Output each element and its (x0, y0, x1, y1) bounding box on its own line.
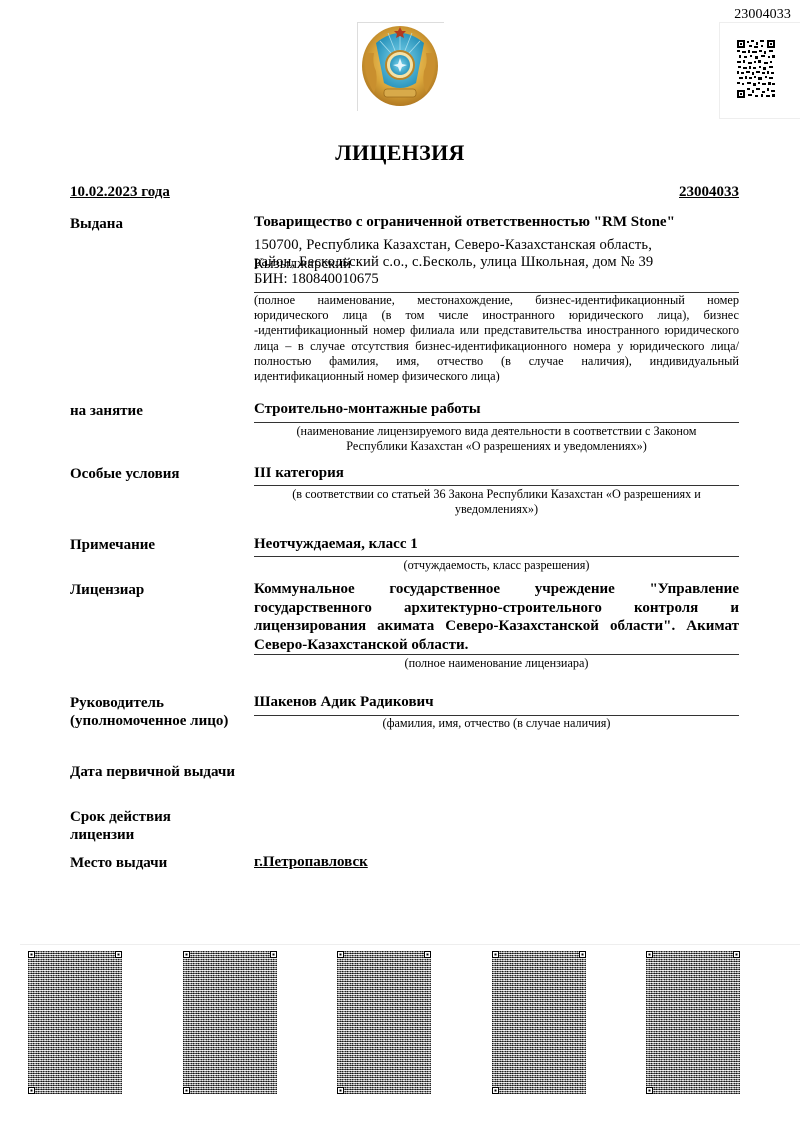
head-note: (фамилия, имя, отчество (в случае наличи… (254, 716, 739, 732)
head-label-line2: (уполномоченное лицо) (70, 712, 228, 730)
remark-note: (отчуждаемость, класс разрешения) (254, 558, 739, 574)
issue-date: 10.02.2023 года (70, 184, 170, 201)
footer-divider (20, 944, 800, 945)
licensor-value: Коммунальное государственное учреждение … (254, 580, 739, 654)
remark-value: Неотчуждаемая, класс 1 (254, 535, 739, 554)
head-label-line1: Руководитель (70, 694, 164, 712)
validity-label-line2: лицензии (70, 826, 134, 844)
qr-code-1-icon (28, 951, 122, 1094)
place-of-issue-city: г.Петропавловск (254, 854, 368, 870)
document-title: ЛИЦЕНЗИЯ (0, 140, 800, 166)
qr-code-3-icon (337, 951, 431, 1094)
qr-code-4-icon (492, 951, 586, 1094)
issued-to-note: (полное наименование, местонахождение, б… (254, 293, 739, 384)
issued-to-bin: БИН: 180840010675 (254, 270, 739, 289)
activity-note-line2: Республики Казахстан «О разрешениях и ув… (254, 439, 739, 455)
place-of-issue-value: г.Петропавловск (254, 853, 739, 872)
divider (254, 485, 739, 486)
special-conditions-label: Особые условия (70, 465, 180, 483)
special-conditions-note-line1: (в соответствии со статьей 36 Закона Рес… (254, 487, 739, 503)
document-number-top: 23004033 (734, 7, 791, 23)
place-of-issue-label: Место выдачи (70, 854, 167, 872)
license-number: 23004033 (679, 184, 739, 201)
activity-note-line1: (наименование лицензируемого вида деятел… (254, 424, 739, 440)
special-conditions-note-line2: уведомлениях») (254, 502, 739, 518)
qr-code-icon (737, 40, 775, 98)
activity-value: Строительно-монтажные работы (254, 400, 739, 419)
licensor-note: (полное наименование лицензиара) (254, 656, 739, 672)
head-value: Шакенов Адик Радикович (254, 693, 739, 712)
first-issue-date-label: Дата первичной выдачи (70, 763, 235, 781)
qr-code-2-icon (183, 951, 277, 1094)
divider (254, 654, 739, 655)
issued-to-label: Выдана (70, 215, 123, 233)
issued-to-name: Товарищество с ограниченной ответственно… (254, 213, 739, 232)
validity-label-line1: Срок действия (70, 808, 171, 826)
state-emblem-icon (358, 23, 442, 109)
activity-label: на занятие (70, 402, 143, 420)
licensor-label: Лицензиар (70, 581, 144, 599)
qr-code-5-icon (646, 951, 740, 1094)
special-conditions-value: III категория (254, 464, 739, 483)
divider (254, 422, 739, 423)
remark-label: Примечание (70, 536, 155, 554)
divider (254, 556, 739, 557)
